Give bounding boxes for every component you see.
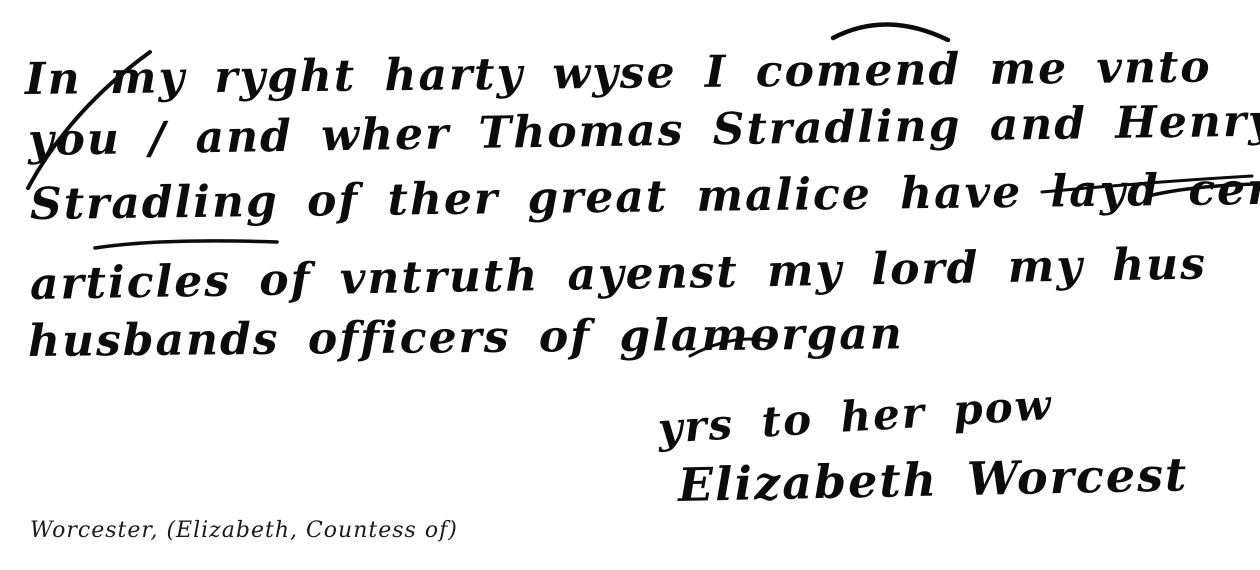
caption: Worcester, (Elizabeth, Countess of)	[30, 518, 458, 543]
handwriting-line-5: husbands officers of glamorgan	[28, 312, 904, 364]
signature-line: Elizabeth Worcest	[678, 451, 1189, 508]
handwriting-line-1: In my ryght harty wyse I comend me vnto	[25, 46, 1212, 102]
arch-flourish	[833, 24, 948, 40]
handwriting-line-3: Stradling of ther great malice have layd…	[30, 166, 1260, 227]
overline-flourish	[95, 241, 277, 248]
manuscript-page: In my ryght harty wyse I comend me vnto …	[0, 0, 1260, 570]
closing-line: yrs to her pow	[657, 384, 1054, 450]
handwriting-line-4: articles of vntruth ayenst my lord my hu…	[30, 242, 1208, 307]
handwriting-line-2: you / and wher Thomas Stradling and Henr…	[28, 99, 1260, 163]
